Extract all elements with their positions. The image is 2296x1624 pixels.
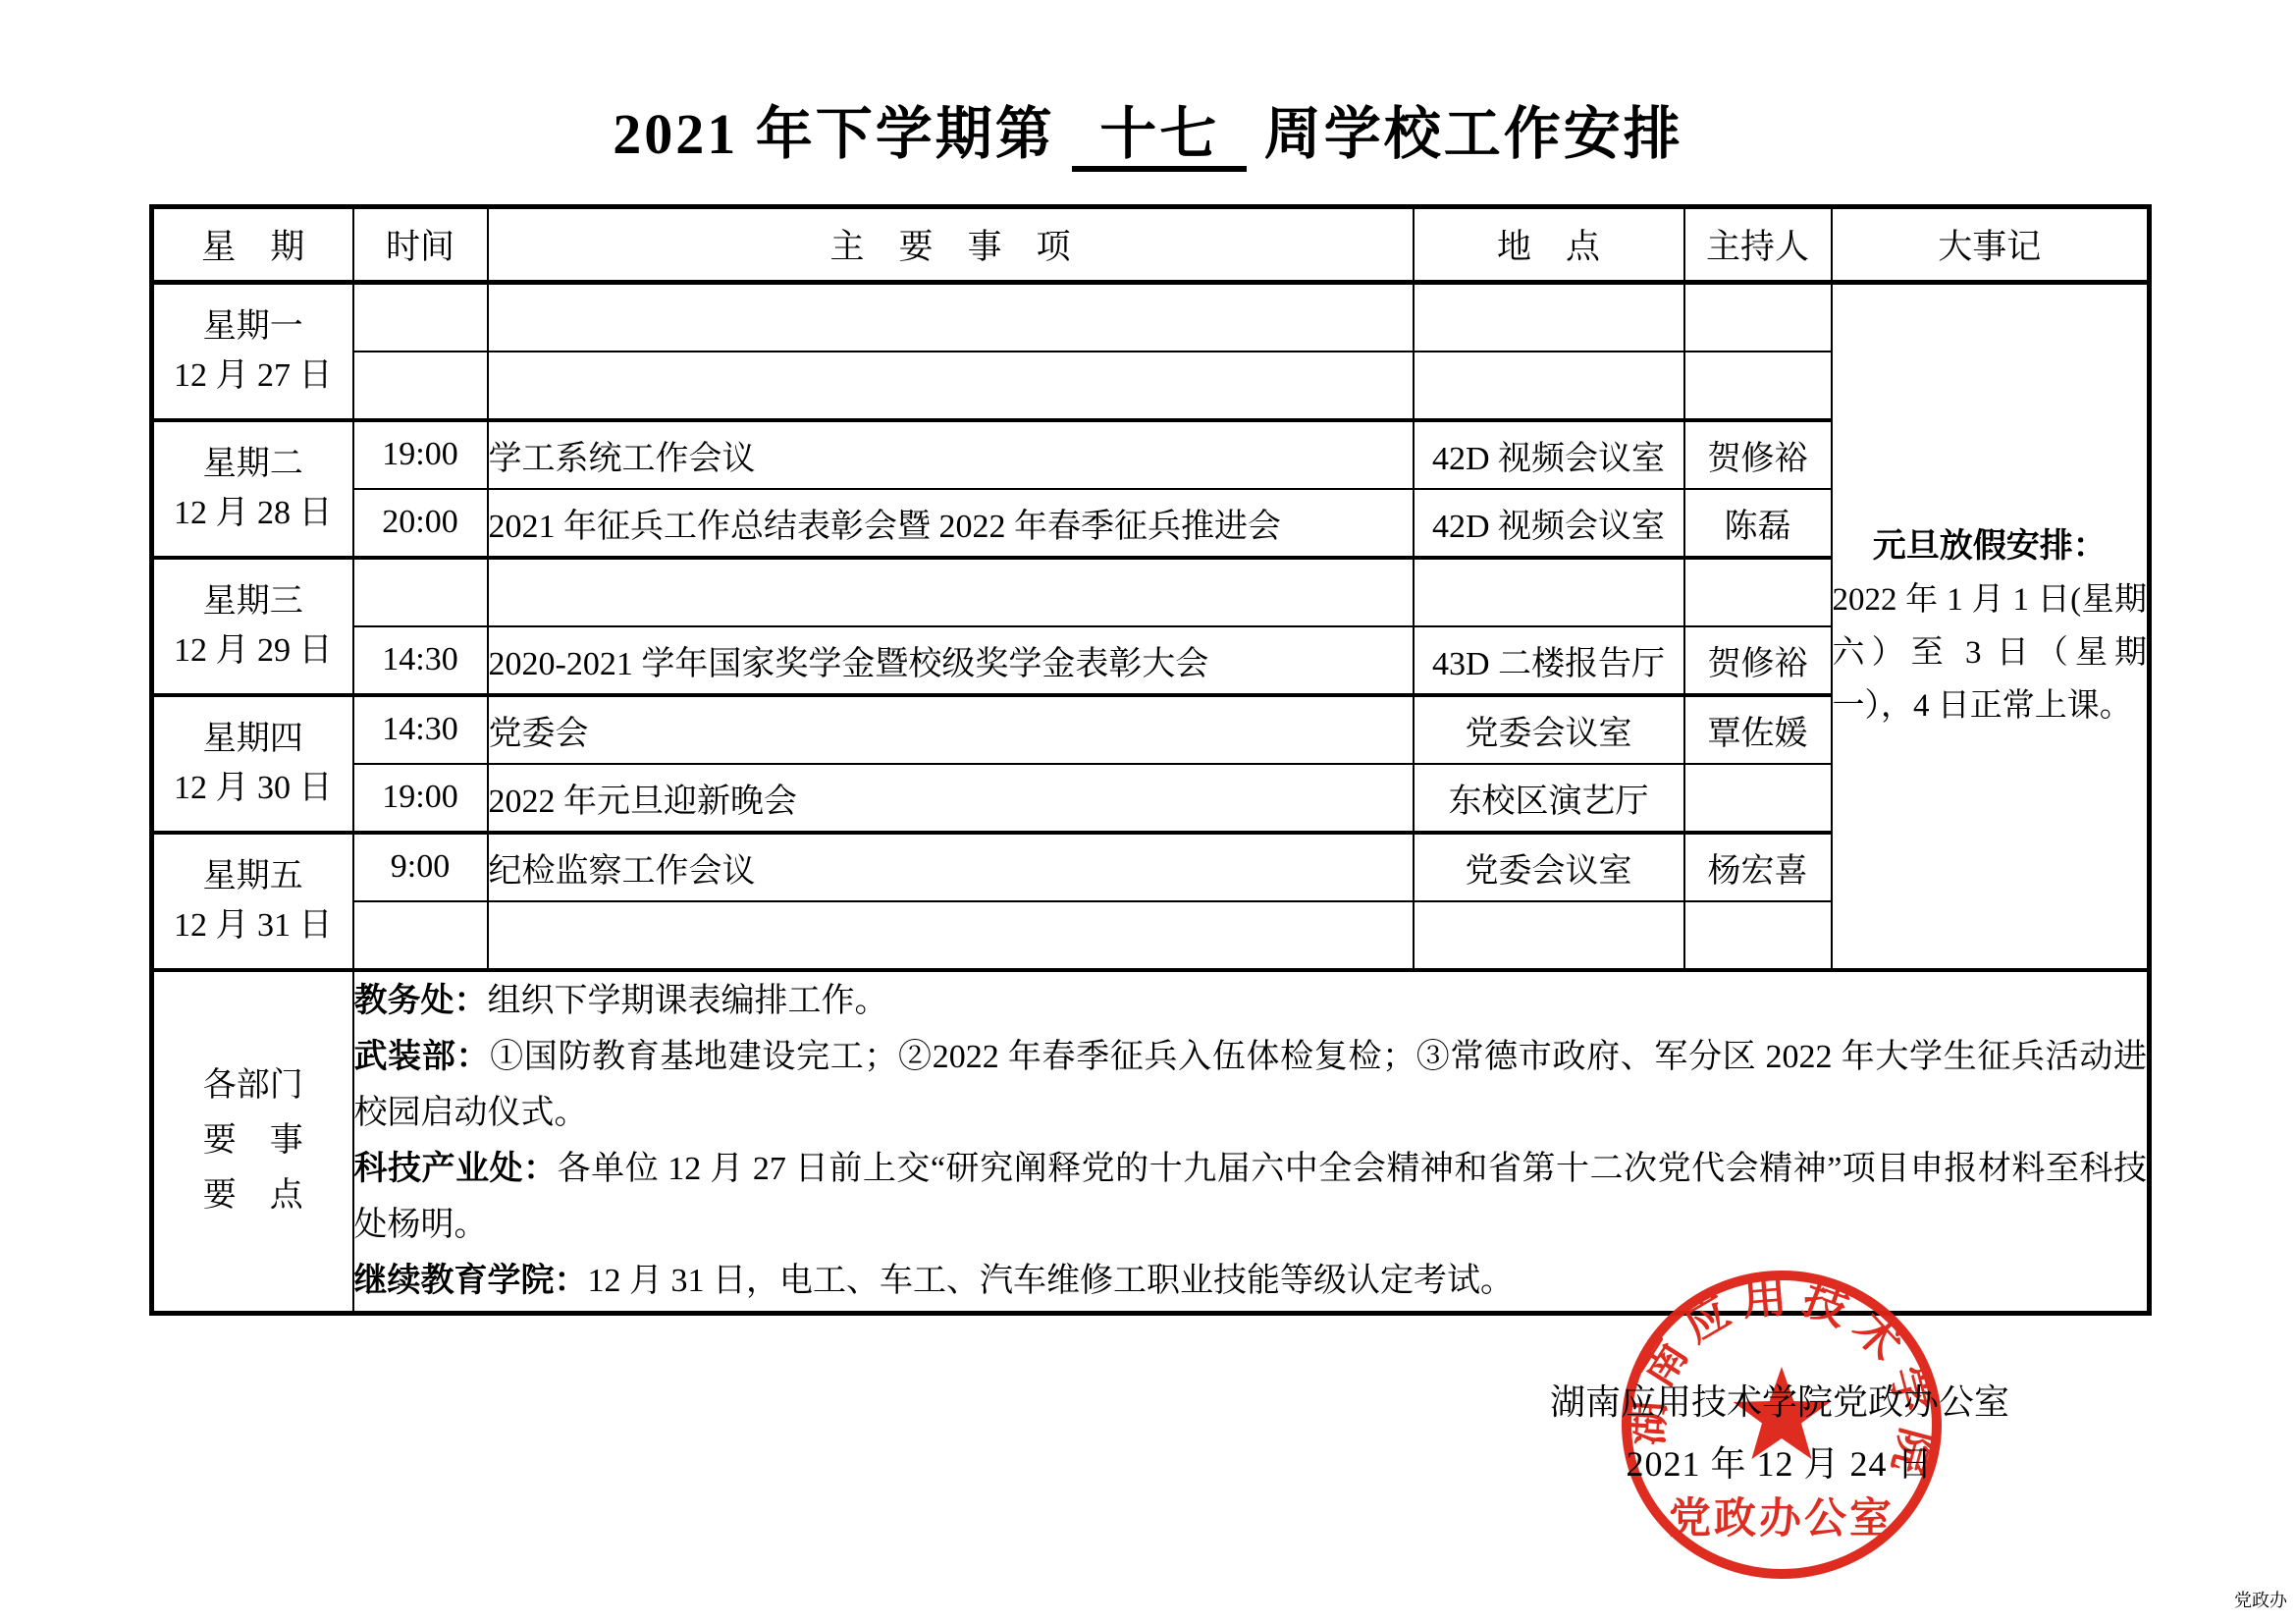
title-week-number: 十七 xyxy=(1072,102,1247,172)
day-date: 12 月 27 日 xyxy=(154,352,352,401)
host-cell xyxy=(1684,764,1832,833)
event-cell: 纪检监察工作会议 xyxy=(488,833,1414,901)
host-cell: 杨宏喜 xyxy=(1684,833,1832,901)
host-cell xyxy=(1684,283,1832,352)
location-cell xyxy=(1414,901,1684,970)
title-prefix: 2021 年下学期第 xyxy=(613,102,1055,166)
event-cell: 2021 年征兵工作总结表彰会暨 2022 年春季征兵推进会 xyxy=(488,489,1414,558)
note-item: 科技产业处：各单位 12 月 27 日前上交“研究阐释党的十九届六中全会精神和省… xyxy=(354,1141,2148,1253)
notes-label-cell: 各部门 要 事 要 点 xyxy=(152,970,353,1314)
event-cell xyxy=(488,901,1414,970)
header-day: 星 期 xyxy=(152,207,353,283)
day-date: 12 月 29 日 xyxy=(154,626,352,676)
host-cell xyxy=(1684,901,1832,970)
note-text: ①国防教育基地建设完工；②2022 年春季征兵入伍体检复检；③常德市政府、军分区… xyxy=(354,1039,2148,1131)
note-label: 科技产业处： xyxy=(354,1151,558,1187)
table-header-row: 星 期 时间 主 要 事 项 地 点 主持人 大事记 xyxy=(152,207,2150,283)
day-cell-friday: 星期五 12 月 31 日 xyxy=(152,833,353,970)
host-cell: 覃佐媛 xyxy=(1684,695,1832,764)
schedule-table: 星 期 时间 主 要 事 项 地 点 主持人 大事记 星期一 12 月 27 日 xyxy=(149,204,2152,1316)
time-cell: 19:00 xyxy=(353,764,488,833)
event-cell xyxy=(488,558,1414,626)
note-text: 12 月 31 日，电工、车工、汽车维修工职业技能等级认定考试。 xyxy=(588,1263,1515,1299)
header-time: 时间 xyxy=(353,207,488,283)
host-cell: 贺修裕 xyxy=(1684,626,1832,695)
event-cell: 党委会 xyxy=(488,695,1414,764)
event-cell: 2020-2021 学年国家奖学金暨校级奖学金表彰大会 xyxy=(488,626,1414,695)
location-cell: 党委会议室 xyxy=(1414,695,1684,764)
location-cell: 42D 视频会议室 xyxy=(1414,420,1684,489)
signoff-date: 2021 年 12 月 24 日 xyxy=(1502,1436,2057,1487)
day-name: 星期五 xyxy=(154,852,352,901)
location-cell: 43D 二楼报告厅 xyxy=(1414,626,1684,695)
header-memo: 大事记 xyxy=(1832,207,2150,283)
table-row: 星期一 12 月 27 日 元旦放假安排： 2022 年 1 月 1 日(星期六… xyxy=(152,283,2150,352)
seal-bottom-text: 党政办公室 xyxy=(1669,1495,1895,1543)
host-cell xyxy=(1684,558,1832,626)
location-cell: 42D 视频会议室 xyxy=(1414,489,1684,558)
notes-label-line: 要 事 xyxy=(154,1113,352,1168)
host-cell: 陈磊 xyxy=(1684,489,1832,558)
note-item: 教务处：组织下学期课表编排工作。 xyxy=(354,973,2148,1029)
day-name: 星期二 xyxy=(154,440,352,489)
day-cell-wednesday: 星期三 12 月 29 日 xyxy=(152,558,353,695)
note-label: 教务处： xyxy=(354,983,488,1019)
document-page: 2021 年下学期第 十七 周学校工作安排 星 期 时间 主 要 事 项 地 点… xyxy=(0,0,2296,1624)
time-cell xyxy=(353,352,488,420)
time-cell: 9:00 xyxy=(353,833,488,901)
day-cell-tuesday: 星期二 12 月 28 日 xyxy=(152,420,353,558)
header-host: 主持人 xyxy=(1684,207,1832,283)
event-cell xyxy=(488,352,1414,420)
note-text: 组织下学期课表编排工作。 xyxy=(488,983,888,1019)
time-cell: 14:30 xyxy=(353,695,488,764)
notes-content-cell: 教务处：组织下学期课表编排工作。 武装部：①国防教育基地建设完工；②2022 年… xyxy=(353,970,2150,1314)
notes-row: 各部门 要 事 要 点 教务处：组织下学期课表编排工作。 武装部：①国防教育基地… xyxy=(152,970,2150,1314)
location-cell xyxy=(1414,558,1684,626)
day-cell-monday: 星期一 12 月 27 日 xyxy=(152,283,353,420)
header-location: 地 点 xyxy=(1414,207,1684,283)
memo-body: 2022 年 1 月 1 日(星期六）至 3 日（星期一），4 日正常上课。 xyxy=(1833,573,2148,732)
memo-cell: 元旦放假安排： 2022 年 1 月 1 日(星期六）至 3 日（星期一），4 … xyxy=(1832,283,2150,970)
notes-label-line: 要 点 xyxy=(154,1168,352,1223)
day-cell-thursday: 星期四 12 月 30 日 xyxy=(152,695,353,833)
page-title: 2021 年下学期第 十七 周学校工作安排 xyxy=(0,98,2296,171)
day-name: 星期四 xyxy=(154,715,352,764)
time-cell: 14:30 xyxy=(353,626,488,695)
day-date: 12 月 30 日 xyxy=(154,764,352,813)
note-item: 武装部：①国防教育基地建设完工；②2022 年春季征兵入伍体检复检；③常德市政府… xyxy=(354,1029,2148,1141)
time-cell xyxy=(353,283,488,352)
location-cell: 党委会议室 xyxy=(1414,833,1684,901)
event-cell: 学工系统工作会议 xyxy=(488,420,1414,489)
event-cell xyxy=(488,283,1414,352)
day-name: 星期三 xyxy=(154,577,352,626)
time-cell xyxy=(353,558,488,626)
note-text: 各单位 12 月 27 日前上交“研究阐释党的十九届六中全会精神和省第十二次党代… xyxy=(354,1151,2148,1243)
signoff-organization: 湖南应用技术学院党政办公室 xyxy=(1502,1375,2057,1425)
location-cell xyxy=(1414,352,1684,420)
official-seal-stamp: 湖南应用技术学院 党政办公室 xyxy=(1618,1268,1946,1584)
event-cell: 2022 年元旦迎新晚会 xyxy=(488,764,1414,833)
time-cell: 19:00 xyxy=(353,420,488,489)
day-name: 星期一 xyxy=(154,302,352,352)
host-cell xyxy=(1684,352,1832,420)
corner-watermark: 党政办 xyxy=(2234,1587,2287,1612)
day-date: 12 月 31 日 xyxy=(154,901,352,950)
header-event: 主 要 事 项 xyxy=(488,207,1414,283)
host-cell: 贺修裕 xyxy=(1684,420,1832,489)
time-cell: 20:00 xyxy=(353,489,488,558)
time-cell xyxy=(353,901,488,970)
notes-label-line: 各部门 xyxy=(154,1058,352,1113)
memo-heading: 元旦放假安排： xyxy=(1833,520,2148,573)
title-suffix: 周学校工作安排 xyxy=(1264,102,1683,166)
location-cell xyxy=(1414,283,1684,352)
day-date: 12 月 28 日 xyxy=(154,489,352,538)
location-cell: 东校区演艺厅 xyxy=(1414,764,1684,833)
note-label: 继续教育学院： xyxy=(354,1263,588,1299)
note-label: 武装部： xyxy=(354,1039,491,1075)
